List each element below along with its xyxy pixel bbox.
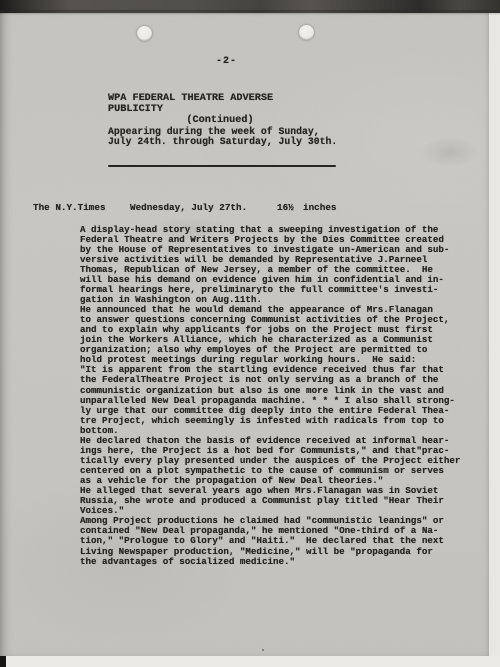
divider-rule [108, 165, 336, 167]
entry-date: Wednesday, July 27th. [130, 202, 247, 213]
paper-speck [262, 649, 264, 651]
backing-page-bottom-edge [0, 656, 500, 667]
document-subtitle: (Continued) [108, 116, 332, 127]
scanner-band-shadow [0, 10, 500, 15]
clipping-entry-header: The N.Y.Times Wednesday, July 27th. 16½ … [0, 202, 489, 214]
punch-hole-right [299, 25, 314, 40]
backing-page-right-edge [488, 12, 500, 667]
entry-column-length: 16½ [277, 202, 294, 213]
week-range-line2: July 24th. through Saturday, July 30th. [108, 137, 337, 147]
entry-source: The N.Y.Times [33, 202, 106, 213]
scan-corner-mark [0, 655, 6, 667]
article-summary-text: A display-head story stating that a swee… [80, 225, 472, 567]
scanned-document: -2- WPA FEDERAL THEATRE ADVERSE PUBLICIT… [0, 0, 500, 667]
punch-hole-left [137, 26, 152, 41]
document-heading: WPA FEDERAL THEATRE ADVERSE PUBLICITY (C… [108, 94, 332, 126]
paper-sheet: -2- WPA FEDERAL THEATRE ADVERSE PUBLICIT… [0, 12, 489, 656]
page-number: -2- [216, 56, 237, 67]
week-range: Appearing during the week of Sunday, Jul… [108, 127, 337, 148]
paper-stain [420, 137, 480, 167]
entry-length-unit: inches [303, 202, 336, 213]
document-title: WPA FEDERAL THEATRE ADVERSE PUBLICITY [108, 94, 332, 116]
